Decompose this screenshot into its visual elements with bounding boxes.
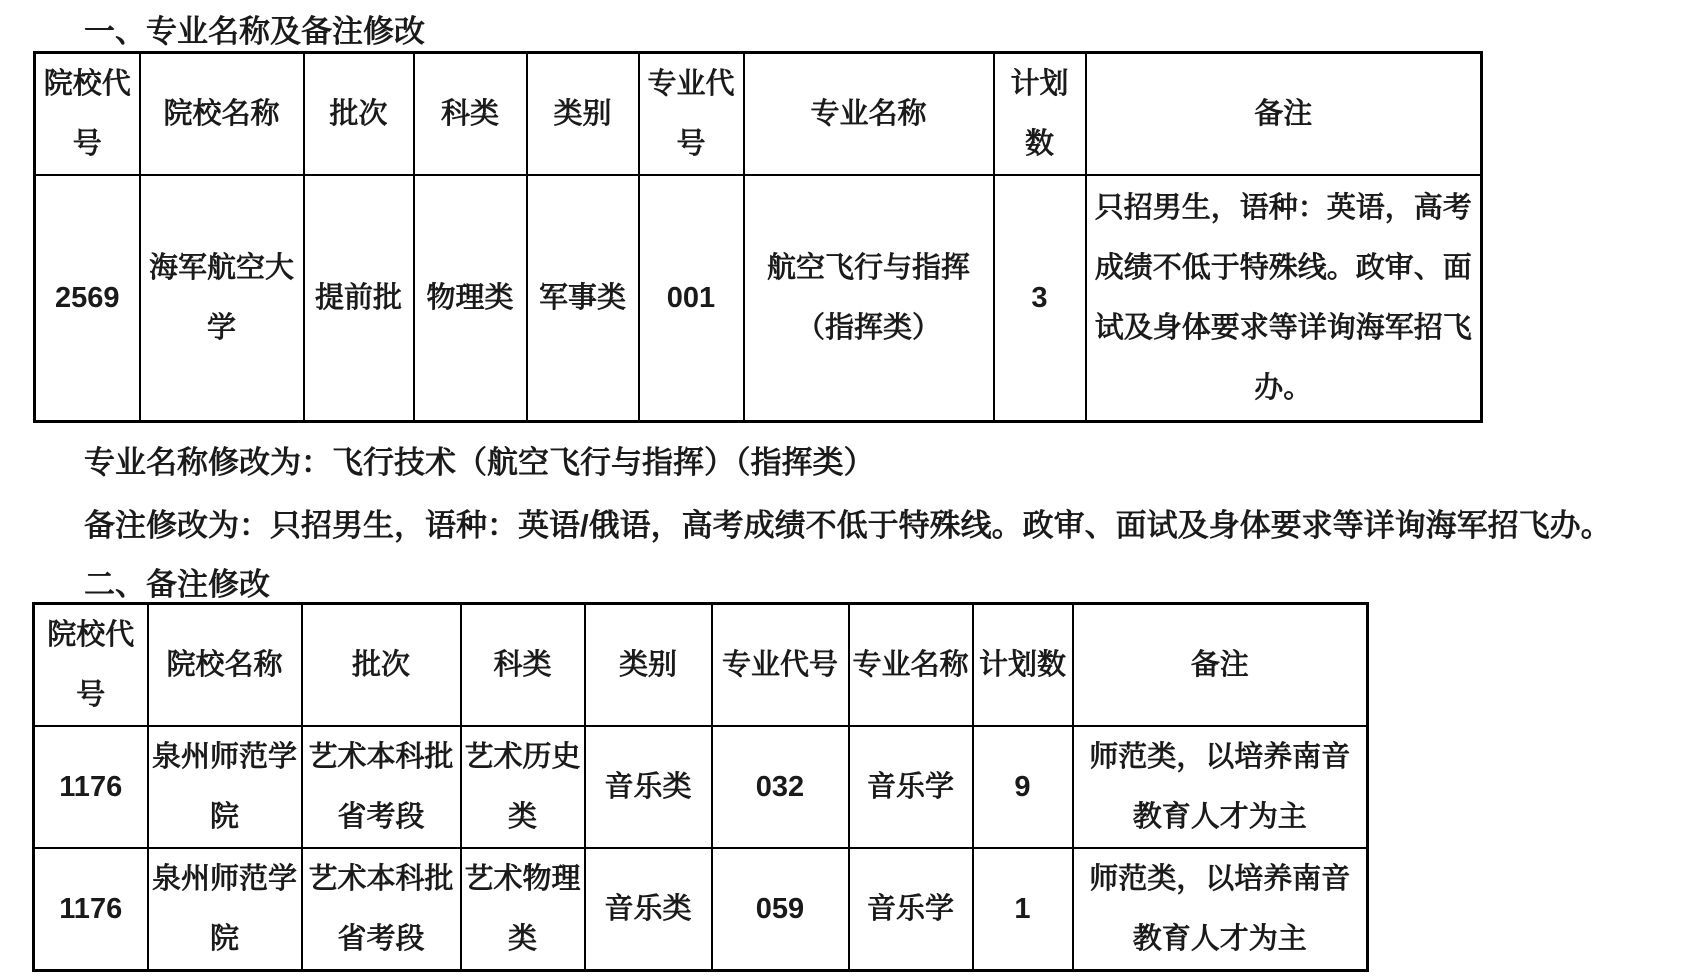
cell-remark: 只招男生，语种：英语，高考 成绩不低于特殊线。政审、面 试及身体要求等详询海军招… [1086,175,1482,421]
cell-category: 音乐类 [585,848,712,971]
header-college-name: 院校名称 [148,604,302,727]
cell-major-name: 音乐学 [849,848,973,971]
header-plan-count: 计划数 [973,604,1073,727]
cell-college-code: 1176 [34,848,148,971]
header-subject-type: 科类 [414,53,527,176]
cell-subject-type: 物理类 [414,175,527,421]
cell-college-name: 海军航空大 学 [140,175,304,421]
cell-batch: 艺术本科批 省考段 [302,848,461,971]
cell-major-name: 音乐学 [849,726,973,848]
header-plan-count: 计划 数 [994,53,1086,176]
cell-subject-type: 艺术历史 类 [461,726,585,848]
cell-major-code: 001 [639,175,744,421]
section2-table: 院校代 号 院校名称 批次 科类 类别 专业代号 专业名称 计划数 备注 117… [32,602,1369,972]
header-major-code: 专业代号 [712,604,849,727]
cell-plan-count: 9 [973,726,1073,848]
header-remark: 备注 [1086,53,1482,176]
header-major-code: 专业代 号 [639,53,744,176]
cell-college-code: 2569 [35,175,140,421]
cell-batch: 艺术本科批 省考段 [302,726,461,848]
header-major-name: 专业名称 [849,604,973,727]
section2-table-header-row: 院校代 号 院校名称 批次 科类 类别 专业代号 专业名称 计划数 备注 [34,604,1368,727]
cell-category: 音乐类 [585,726,712,848]
section1-table-row: 2569 海军航空大 学 提前批 物理类 军事类 001 航空飞行与指挥 （指挥… [35,175,1482,421]
cell-category: 军事类 [527,175,639,421]
header-batch: 批次 [304,53,414,176]
cell-major-name: 航空飞行与指挥 （指挥类） [744,175,994,421]
header-category: 类别 [585,604,712,727]
cell-plan-count: 1 [973,848,1073,971]
major-name-change-note: 专业名称修改为：飞行技术（航空飞行与指挥）（指挥类） [84,437,875,482]
cell-subject-type: 艺术物理 类 [461,848,585,971]
header-remark: 备注 [1073,604,1368,727]
cell-plan-count: 3 [994,175,1086,421]
cell-remark: 师范类，以培养南音 教育人才为主 [1073,726,1368,848]
header-college-code: 院校代 号 [34,604,148,727]
header-category: 类别 [527,53,639,176]
section1-heading: 一、专业名称及备注修改 [84,6,425,51]
cell-major-code: 032 [712,726,849,848]
remark-change-note: 备注修改为：只招男生，语种：英语/俄语，高考成绩不低于特殊线。政审、面试及身体要… [84,500,1612,545]
section2-table-row: 1176 泉州师范学 院 艺术本科批 省考段 艺术物理 类 音乐类 059 音乐… [34,848,1368,971]
cell-college-name: 泉州师范学 院 [148,726,302,848]
header-subject-type: 科类 [461,604,585,727]
header-batch: 批次 [302,604,461,727]
section1-table: 院校代 号 院校名称 批次 科类 类别 专业代 号 专业名称 计划 数 备注 2… [33,51,1483,423]
cell-college-code: 1176 [34,726,148,848]
section1-table-header-row: 院校代 号 院校名称 批次 科类 类别 专业代 号 专业名称 计划 数 备注 [35,53,1482,176]
cell-batch: 提前批 [304,175,414,421]
cell-major-code: 059 [712,848,849,971]
document-page: 一、专业名称及备注修改 院校代 号 院校名称 批次 科类 类别 专业代 号 专业… [0,0,1692,976]
section2-table-row: 1176 泉州师范学 院 艺术本科批 省考段 艺术历史 类 音乐类 032 音乐… [34,726,1368,848]
section2-heading: 二、备注修改 [84,559,270,604]
cell-remark: 师范类，以培养南音 教育人才为主 [1073,848,1368,971]
cell-college-name: 泉州师范学 院 [148,848,302,971]
header-major-name: 专业名称 [744,53,994,176]
header-college-code: 院校代 号 [35,53,140,176]
header-college-name: 院校名称 [140,53,304,176]
